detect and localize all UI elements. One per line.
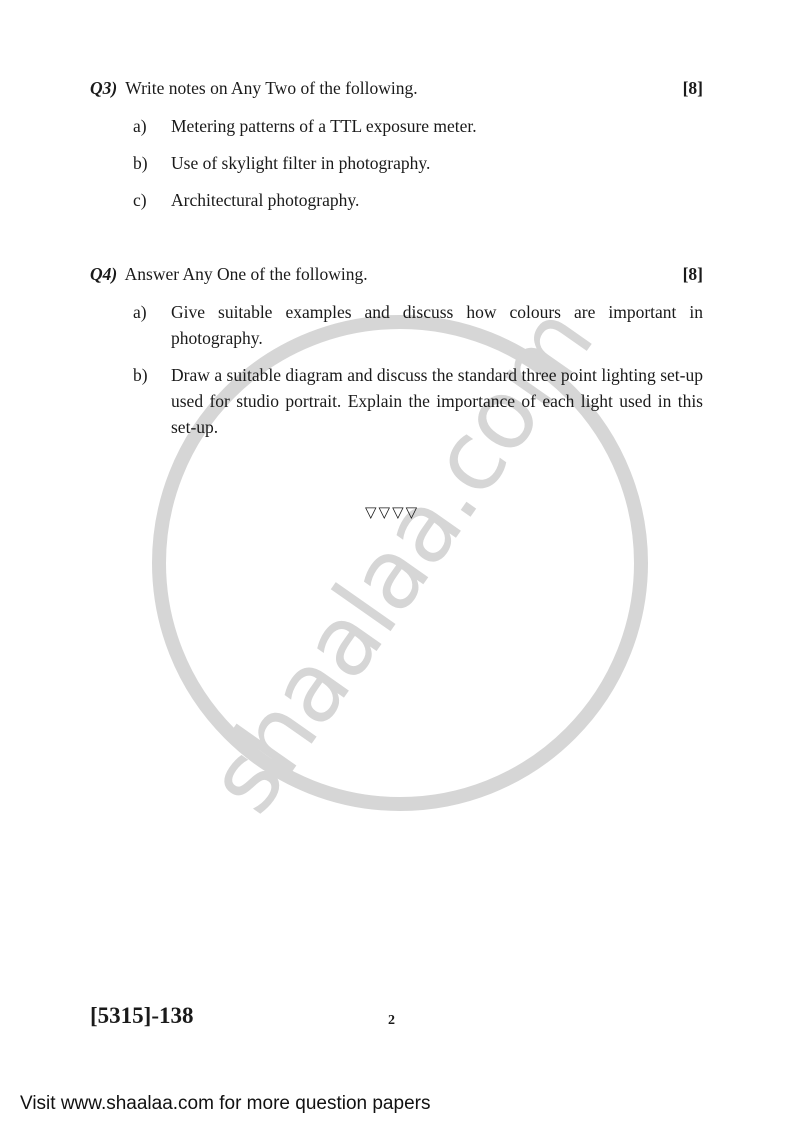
option-label: c) (133, 187, 147, 213)
option-label: a) (133, 113, 147, 139)
end-of-paper-marker: ▽▽▽▽ (365, 503, 419, 521)
question-number: Q4) (90, 264, 117, 284)
option-label: a) (133, 299, 147, 325)
page-number: 2 (388, 1013, 395, 1029)
option-text: Draw a suitable diagram and discuss the … (171, 362, 703, 440)
question-marks: [8] (683, 78, 703, 99)
question-number: Q3) (90, 78, 117, 98)
option-text: Use of skylight filter in photography. (171, 150, 703, 176)
footer-link-text[interactable]: Visit www.shaalaa.com for more question … (20, 1093, 430, 1115)
option-text: Metering patterns of a TTL exposure mete… (171, 113, 703, 139)
option-label: b) (133, 150, 148, 176)
question-4-heading: Q4) Answer Any One of the following. [8] (90, 264, 703, 285)
paper-code: [5315]-138 (90, 1003, 193, 1029)
question-3-heading: Q3) Write notes on Any Two of the follow… (90, 78, 703, 99)
option-text: Architectural photography. (171, 187, 703, 213)
option-label: b) (133, 362, 148, 388)
question-prompt: Answer Any One of the following. (125, 264, 368, 284)
option-text: Give suitable examples and discuss how c… (171, 299, 703, 351)
question-prompt: Write notes on Any Two of the following. (125, 78, 417, 98)
question-marks: [8] (683, 264, 703, 285)
